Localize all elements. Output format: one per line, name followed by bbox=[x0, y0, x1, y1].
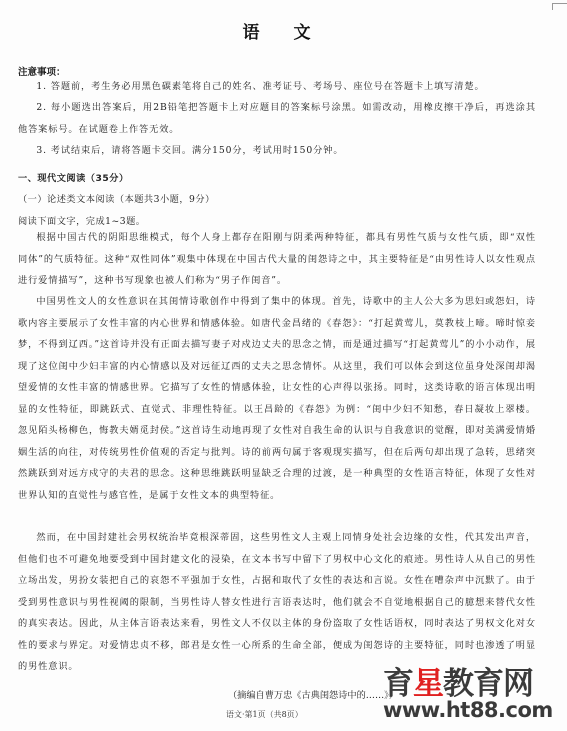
exam-page: 语 文 注意事项： 1. 答题前，考生务必用黑色碳素笔将自己的姓名、准考证号、考… bbox=[0, 0, 567, 731]
watermark-logo: 育星教育网 www.ht88.com bbox=[383, 669, 567, 721]
watermark-cn-prefix: 育 bbox=[383, 666, 413, 702]
watermark-cn-text: 育星教育网 bbox=[383, 669, 567, 700]
notice-item-1: 1. 答题前，考生务必用黑色碳素笔将自己的姓名、准考证号、考场号、座位号在答题卡… bbox=[18, 76, 536, 98]
reading-instruction: 阅读下面文字，完成1~3题。 bbox=[18, 213, 145, 227]
notice-item-2: 2. 每小题选出答案后，用2B铅笔把答题卡上对应题目的答案标号涂黑。如需改动，用… bbox=[18, 97, 536, 140]
section-heading: 一、现代文阅读（35分） bbox=[18, 170, 129, 184]
source-citation: （摘编自曹万忠《古典闺怨诗中的……》） bbox=[228, 687, 398, 701]
passage-paragraph-1: 根据中国古代的阴阳思维模式，每个人身上都存在阳刚与阴柔两种特征，都具有男性气质与… bbox=[18, 227, 536, 292]
section-subheading: （一）论述类文本阅读（本题共3小题，9分） bbox=[18, 191, 215, 205]
passage-paragraph-3: 然而，在中国封建社会男权统治毕竟根深蒂固，这些男性文人主观上同情身处社会边缘的女… bbox=[18, 527, 536, 678]
watermark-url: www.ht88.com bbox=[383, 700, 567, 721]
page-footer: 语文·第1页（共8页） bbox=[226, 709, 303, 720]
page-title: 语 文 bbox=[0, 18, 567, 43]
passage-paragraph-2: 中国男性文人的女性意识在其闺情诗歌创作中得到了集中的体现。首先，诗歌中的主人公大… bbox=[18, 291, 536, 506]
watermark-cn-accent: 星 bbox=[413, 666, 443, 702]
page-corner-mark bbox=[552, 3, 567, 10]
notice-item-3: 3. 考试结束后，请将答题卡交回。满分150分，考试用时150分钟。 bbox=[18, 140, 536, 162]
watermark-cn-suffix: 教育网 bbox=[443, 666, 533, 702]
